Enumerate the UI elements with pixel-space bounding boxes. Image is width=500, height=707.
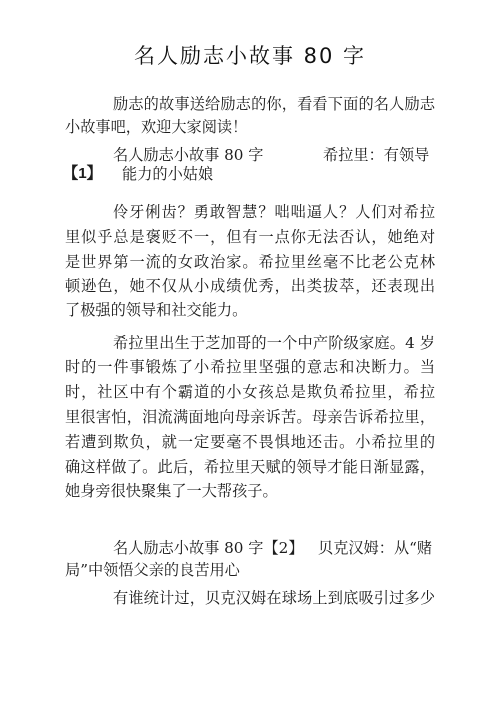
document-page: 名人励志小故事 80 字 励志的故事送给励志的你，看看下面的名人励志 小故事吧，… (0, 0, 500, 707)
story2-heading-right: 贝克汉姆：从“赌 (318, 538, 432, 558)
story1-p1-line-3: 是世界第一流的女政治家。希拉里丝毫不比老公克林 (65, 252, 435, 272)
story1-p1-line-4: 顿逊色，她不仅从小成绩优秀，出类拔萃，还表现出 (65, 276, 435, 296)
story2-heading-left: 名人励志小故事 80 字【2】 (113, 538, 304, 558)
story2-p1-line-1: 有谁统计过，贝克汉姆在球场上到底吸引过多少 (113, 588, 435, 608)
story1-heading-left: 名人励志小故事 80 字 (113, 145, 263, 165)
story1-p1-line-5: 了极强的领导和社交能力。 (65, 300, 247, 320)
story1-p2-line-5: 若遭到欺负，就一定要毫不畏惧地还击。小希拉里的 (65, 432, 435, 452)
intro-line-2: 小故事吧，欢迎大家阅读！ (65, 117, 247, 137)
story1-heading-marker: 【1】 (63, 164, 102, 184)
story1-p2-line-2: 时的一件事锻炼了小希拉里坚强的意志和决断力。当 (65, 357, 435, 377)
story1-p1-line-2: 里似乎总是褒贬不一，但有一点你无法否认，她绝对 (65, 227, 435, 247)
story2-heading-line2: 局”中领悟父亲的良苦用心 (65, 560, 240, 580)
story1-p2-line-4: 里很害怕，泪流满面地向母亲诉苦。母亲告诉希拉里， (65, 407, 435, 427)
page-title: 名人励志小故事 80 字 (0, 40, 500, 70)
story1-heading-right: 希拉里：有领导 (323, 145, 429, 165)
story1-p2-line-7: 她身旁很快聚集了一大帮孩子。 (65, 481, 278, 501)
story1-p2-line-1: 希拉里出生于芝加哥的一个中产阶级家庭。4 岁 (113, 333, 435, 353)
intro-line-1: 励志的故事送给励志的你，看看下面的名人励志 (113, 94, 435, 114)
story1-heading-line2: 能力的小姑娘 (122, 164, 213, 184)
story1-p2-line-6: 确这样做了。此后，希拉里天赋的领导才能日渐显露， (65, 457, 435, 477)
story1-p1-line-1: 伶牙俐齿？勇敢智慧？咄咄逼人？人们对希拉 (113, 202, 435, 222)
story1-p2-line-3: 时，社区中有个霸道的小女孩总是欺负希拉里，希拉 (65, 382, 435, 402)
